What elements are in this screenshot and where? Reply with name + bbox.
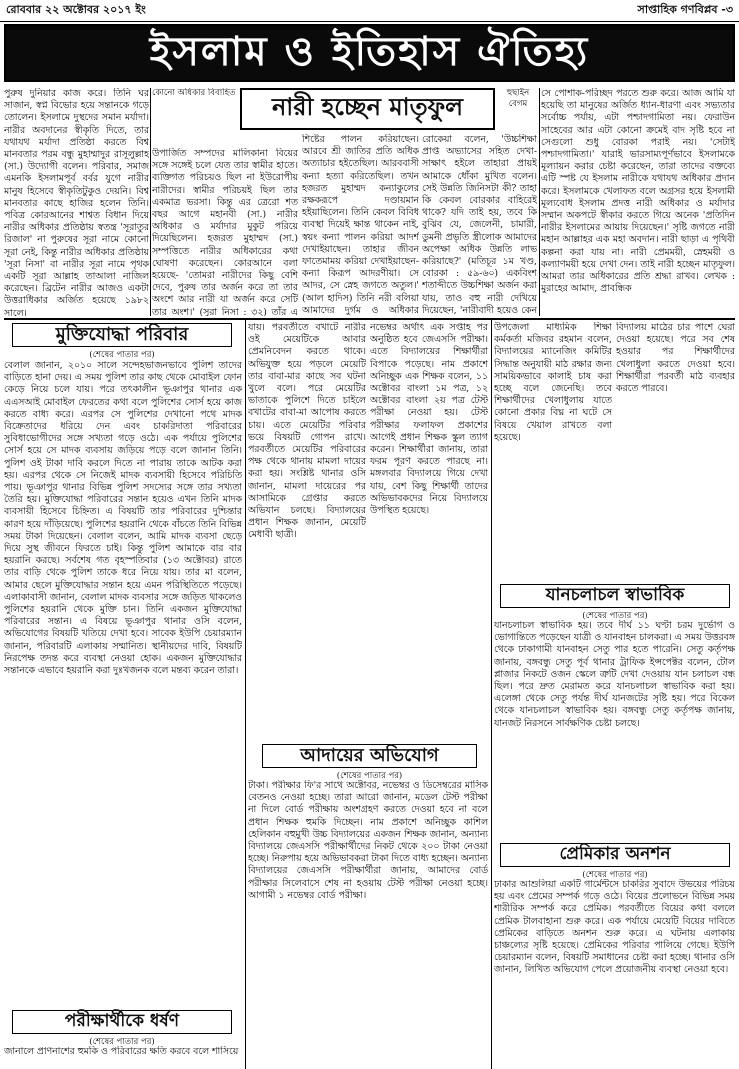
muktijoddha-body: বেলাল জানান, ২০১০ সালে সন্দেহভাজনভাবে পু… — [4, 360, 242, 1005]
muktijoddha-headline: মুক্তিযোদ্ধা পরিবার — [12, 323, 232, 347]
janchalachal-body: যানচলাচল স্বাভাবিক হয়। তবে দীর্ঘ ১১ ঘণ্… — [494, 620, 735, 838]
issue-date: রোববার ২২ অক্টোবর ২০১৭ ইং — [6, 1, 146, 20]
section-divider — [4, 318, 735, 320]
column-rule — [245, 320, 246, 1069]
lead-author: হুছাইন বেগম — [498, 88, 538, 132]
column-rule — [491, 320, 492, 1069]
lead-col3-text: শিষ্টের পালন করিয়াছেন। আরবে শ্রী জাতির … — [302, 134, 419, 316]
lead-article-col3: শিষ্টের পালন করিয়াছেন। আরবে শ্রী জাতির … — [302, 134, 419, 316]
premikar-body: ঢাকার আশুলিয়া একটি গার্মেন্টসে চাকরির স… — [494, 879, 735, 1069]
lead-byline-left: কোনো অধিকার বিবাহিত — [152, 88, 238, 146]
lead-col1-text: পুরুষ দুনিয়ার কাজ করে। তিনি ঘর সাজান, স… — [4, 88, 149, 316]
lead-col4-text: রোকেয়া বলেন, 'উচ্চশিক্ষা প্রাপ্ত অভ্যাস… — [422, 134, 537, 316]
lead-article-title: নারী হচ্ছেন মাতৃফুল — [240, 88, 495, 130]
right-col2: বিদ্যালয় মাঠের চার পাশে ঘেরা দেওয়া হয়… — [616, 322, 735, 582]
lead-article-col5: সে পোশাক-পরিচ্ছদ পরতে শুরু করে। আজ আমি য… — [541, 88, 735, 316]
porikkharthi-headline: পরীক্ষার্থীকে ধর্ষণ — [12, 1010, 232, 1034]
premikar-headline: প্রেমিকার অনশন — [500, 843, 730, 867]
aday-body: টাকা। পরীক্ষার ফি'র সাথে অক্টোবর, নভেম্ব… — [248, 780, 488, 1069]
lead-article-col2: উপার্জিত সম্পদের মালিকানা বিয়ের সঙ্গে স… — [152, 148, 298, 316]
lead-article-col1: পুরুষ দুনিয়ার কাজ করে। তিনি ঘর সাজান, স… — [4, 88, 149, 316]
porikkharthi-body: জানালে প্রাণনাশের হুমকি ও পরিবারের ক্ষতি… — [4, 1046, 242, 1069]
janchalachal-headline: যানচলাচল স্বাভাবিক — [500, 584, 730, 608]
section-banner: ইসলাম ও ইতিহাস ঐতিহ্য — [4, 24, 735, 82]
lead-article-col4: রোকেয়া বলেন, 'উচ্চশিক্ষা প্রাপ্ত অভ্যাস… — [422, 134, 537, 316]
column-rule — [150, 88, 151, 316]
right-col1: উপজেলা মাধ্যমিক শিক্ষা কর্মকর্তা মজিবর র… — [494, 322, 612, 582]
column-rule — [539, 88, 540, 316]
middle-col1: যায়। পরবর্তীতে বখাটে নারীর ওই মেয়েটিকে… — [248, 322, 366, 742]
publication-name: সাপ্তাহিক গণবিপ্লব -৩ — [638, 1, 733, 20]
middle-col2: নভেম্বর অর্থাৎ এক সপ্তাহ পর অনুষ্ঠিত হবে… — [370, 322, 488, 742]
aday-headline: আদায়ের অভিযোগ — [262, 744, 477, 768]
